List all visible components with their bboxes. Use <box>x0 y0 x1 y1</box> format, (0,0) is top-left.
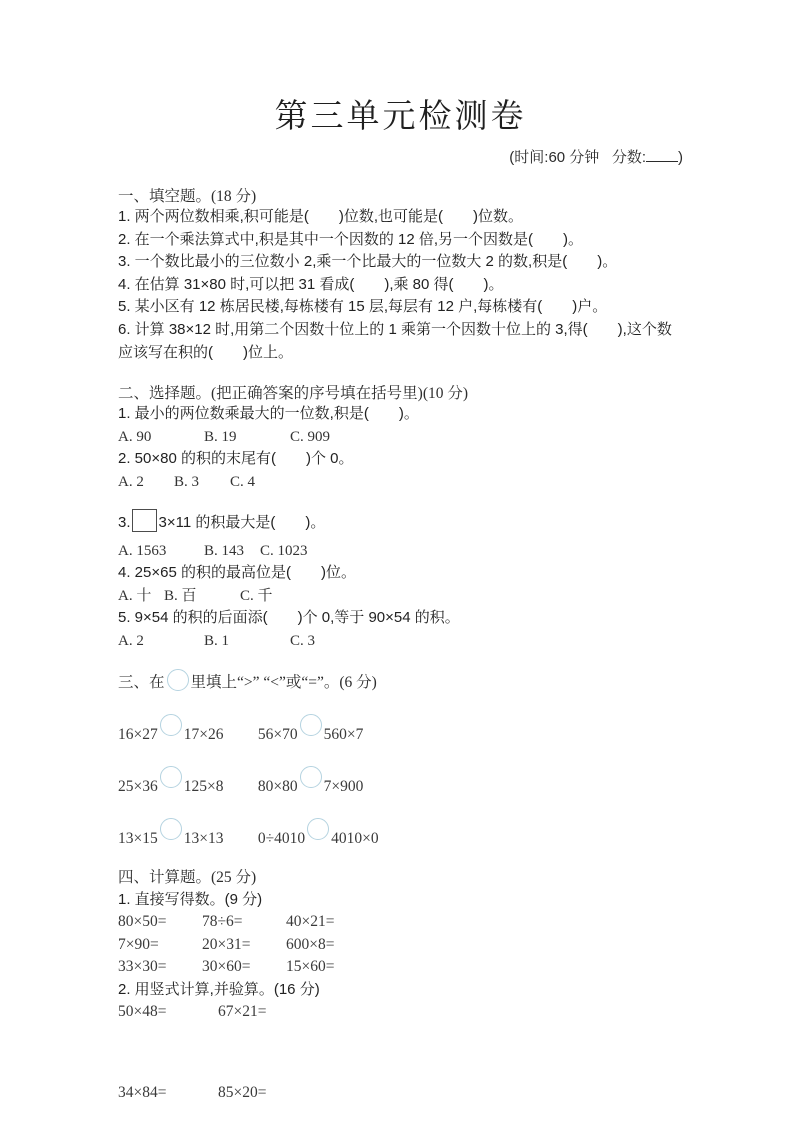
option-c: C. 千 <box>240 585 286 608</box>
expression: 80×50= <box>118 911 202 934</box>
choice-options-4: A. 十B. 百C. 千 <box>118 585 683 608</box>
comparison-circle <box>160 766 182 788</box>
option-b: B. 143 <box>204 540 260 563</box>
left-expression: 13×15 <box>118 830 158 847</box>
option-b: B. 19 <box>204 426 290 449</box>
option-a: A. 2 <box>118 630 204 653</box>
right-expression: 13×13 <box>184 830 224 847</box>
choice-question-4: 4. 25×65 的积的最高位是( )位。 <box>118 562 683 585</box>
comparison-circle <box>300 714 322 736</box>
comparison-circle <box>307 818 329 840</box>
option-c: C. 909 <box>290 426 376 449</box>
section-4-heading: 四、计算题。(25 分) <box>118 865 683 887</box>
comparison-pair: 25×36125×8 <box>118 766 254 796</box>
option-b: B. 3 <box>174 471 230 494</box>
section-2-heading: 二、选择题。(把正确答案的序号填在括号里)(10 分) <box>118 381 683 403</box>
comparison-pair: 56×70560×7 <box>258 714 394 744</box>
mental-math-row: 33×30=30×60=15×60= <box>118 956 683 979</box>
expression: 600×8= <box>286 934 370 957</box>
mental-math-row: 80×50=78÷6=40×21= <box>118 911 683 934</box>
fill-question-4: 4. 在估算 31×80 时,可以把 31 看成( ),乘 80 得( )。 <box>118 274 683 297</box>
fill-question-6: 6. 计算 38×12 时,用第二个因数十位上的 1 乘第一个因数十位上的 3,… <box>118 319 683 364</box>
fill-question-5: 5. 某小区有 12 栋居民楼,每栋楼有 15 层,每层有 12 户,每栋楼有(… <box>118 296 683 319</box>
right-expression: 7×900 <box>324 778 364 795</box>
choice-question-2: 2. 50×80 的积的末尾有( )个 0。 <box>118 448 683 471</box>
comparison-circle <box>160 714 182 736</box>
left-expression: 56×70 <box>258 726 298 743</box>
choice-options-1: A. 90B. 19C. 909 <box>118 426 683 449</box>
comparison-circle <box>160 818 182 840</box>
right-expression: 560×7 <box>324 726 364 743</box>
choice-question-5: 5. 9×54 的积的后面添( )个 0,等于 90×54 的积。 <box>118 607 683 630</box>
expression: 15×60= <box>286 956 370 979</box>
score-label: 分数: <box>612 149 646 166</box>
calc-subheading-1: 1. 直接写得数。(9 分) <box>118 889 683 912</box>
expression: 78÷6= <box>202 911 286 934</box>
comparison-pair: 13×1513×13 <box>118 818 254 848</box>
right-expression: 125×8 <box>184 778 224 795</box>
vertical-calc-row: 34×84=85×20= <box>118 1082 683 1105</box>
option-b: B. 1 <box>204 630 290 653</box>
answer-box <box>132 509 157 532</box>
left-expression: 80×80 <box>258 778 298 795</box>
choice-options-5: A. 2B. 1C. 3 <box>118 630 683 653</box>
paper-meta: (时间:60 分钟 分数:) <box>118 146 683 167</box>
comparison-row: 13×1513×13 0÷40104010×0 <box>118 818 683 848</box>
heading-prefix: 三、在 <box>118 674 165 691</box>
working-space <box>118 1024 683 1082</box>
expression: 30×60= <box>202 956 286 979</box>
option-a: A. 1563 <box>118 540 204 563</box>
page-title: 第三单元检测卷 <box>118 90 683 137</box>
score-blank <box>646 148 678 162</box>
option-c: C. 3 <box>290 630 376 653</box>
expression: 85×20= <box>218 1082 318 1105</box>
expression: 40×21= <box>286 911 370 934</box>
right-expression: 17×26 <box>184 726 224 743</box>
comparison-pair: 0÷40104010×0 <box>258 818 394 848</box>
meta-close-paren: ) <box>678 149 683 166</box>
left-expression: 16×27 <box>118 726 158 743</box>
question-text: 3×11 的积最大是( )。 <box>159 514 326 531</box>
expression: 20×31= <box>202 934 286 957</box>
choice-question-1: 1. 最小的两位数乘最大的一位数,积是( )。 <box>118 403 683 426</box>
test-paper-page: 第三单元检测卷 (时间:60 分钟 分数:) 一、填空题。(18 分) 1. 两… <box>0 0 793 1105</box>
comparison-circle <box>167 669 189 691</box>
left-expression: 25×36 <box>118 778 158 795</box>
left-expression: 0÷4010 <box>258 830 305 847</box>
comparison-row: 16×2717×26 56×70560×7 <box>118 714 683 744</box>
expression: 34×84= <box>118 1082 218 1105</box>
heading-suffix: 里填上“>” “<”或“=”。(6 分) <box>191 674 377 691</box>
fill-question-2: 2. 在一个乘法算式中,积是其中一个因数的 12 倍,另一个因数是( )。 <box>118 229 683 252</box>
expression: 7×90= <box>118 934 202 957</box>
comparison-pair: 80×807×900 <box>258 766 394 796</box>
fill-question-1: 1. 两个两位数相乘,积可能是( )位数,也可能是( )位数。 <box>118 206 683 229</box>
comparison-pair: 16×2717×26 <box>118 714 254 744</box>
choice-options-3: A. 1563B. 143C. 1023 <box>118 540 683 563</box>
option-a: A. 2 <box>118 471 174 494</box>
time-label: (时间:60 分钟 <box>509 149 599 166</box>
option-a: A. 十 <box>118 585 164 608</box>
right-expression: 4010×0 <box>331 830 379 847</box>
option-c: C. 1023 <box>260 540 346 563</box>
fill-question-3: 3. 一个数比最小的三位数小 2,乘一个比最大的一位数大 2 的数,积是( )。 <box>118 251 683 274</box>
comparison-circle <box>300 766 322 788</box>
expression: 67×21= <box>218 1001 318 1024</box>
expression: 50×48= <box>118 1001 218 1024</box>
question-number: 3. <box>118 514 131 531</box>
option-a: A. 90 <box>118 426 204 449</box>
calc-subheading-2: 2. 用竖式计算,并验算。(16 分) <box>118 979 683 1002</box>
vertical-calc-row: 50×48=67×21= <box>118 1001 683 1024</box>
option-c: C. 4 <box>230 471 286 494</box>
mental-math-row: 7×90=20×31=600×8= <box>118 934 683 957</box>
section-1-heading: 一、填空题。(18 分) <box>118 184 683 206</box>
choice-question-3: 3.3×11 的积最大是( )。 <box>118 506 683 540</box>
option-b: B. 百 <box>164 585 240 608</box>
section-3-heading: 三、在里填上“>” “<”或“=”。(6 分) <box>118 669 683 692</box>
expression: 33×30= <box>118 956 202 979</box>
comparison-row: 25×36125×8 80×807×900 <box>118 766 683 796</box>
choice-options-2: A. 2B. 3C. 4 <box>118 471 683 494</box>
